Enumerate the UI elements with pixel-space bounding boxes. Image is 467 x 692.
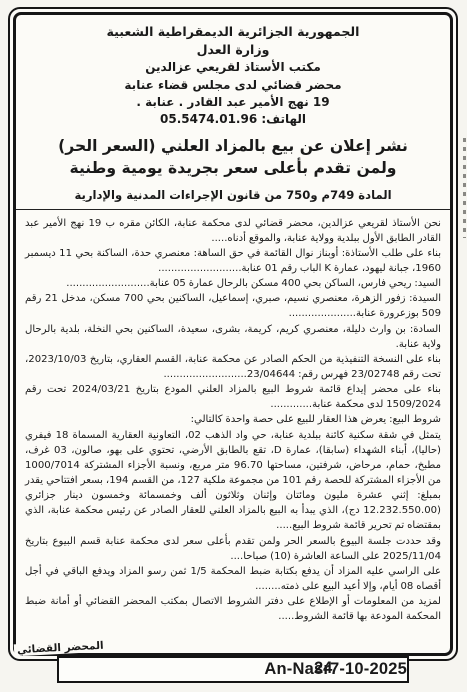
header-ministry: وزارة العدل bbox=[25, 41, 441, 59]
notice-title-line2: ولمن تقدم بأعلى سعر بجريدة يومية وطنية bbox=[25, 157, 441, 179]
body-paragraph-request: بناء على طلب الأستاذة: أوبناز نوال القائ… bbox=[25, 246, 441, 276]
body-paragraph-auction-date: وقد حددت جلسة البيوع بالسعر الحر ولمن تق… bbox=[25, 534, 441, 564]
header-office: مكتب الأستاذ لقريعي عزالدين bbox=[25, 59, 441, 76]
header-republic: الجمهورية الجزائرية الديمقراطية الشعبية bbox=[25, 23, 441, 41]
header-body-divider bbox=[16, 209, 450, 210]
body-paragraph-judgment: بناء على النسخة التنفيذية من الحكم الصاد… bbox=[25, 352, 441, 382]
body-paragraph-party-1: السيد: ريحي فارس، الساكن بحي 400 مسكن با… bbox=[25, 276, 441, 291]
header-phone: الهاتف: 05.5474.01.96 bbox=[25, 111, 441, 128]
notice-inner-border: الجمهورية الجزائرية الديمقراطية الشعبية … bbox=[13, 12, 453, 656]
body-paragraph-property-description: يتمثل في شقة سكنية كائنة ببلدية عنابة، ح… bbox=[25, 428, 441, 534]
body-paragraph-more-info: لمزيد من المعلومات أو الإطلاع على دفتر ا… bbox=[25, 594, 441, 624]
header-bailiff-role: محضر قضائي لدى مجلس قضاء عنابة bbox=[25, 77, 441, 94]
body-paragraph-party-2: السيدة: زفور الزهرة، معنصري نسيم، صبري، … bbox=[25, 291, 441, 321]
binding-marks-decoration bbox=[463, 138, 466, 238]
notice-title-block: نشر إعلان عن بيع بالمزاد العلني (السعر ا… bbox=[25, 135, 441, 201]
notice-header: الجمهورية الجزائرية الديمقراطية الشعبية … bbox=[25, 23, 441, 128]
notice-outer-border: الجمهورية الجزائرية الديمقراطية الشعبية … bbox=[8, 7, 458, 661]
newspaper-legal-notice-scan: الجمهورية الجزائرية الديمقراطية الشعبية … bbox=[0, 0, 467, 692]
publication-footer: An-Nasr7-10-2025 24 bbox=[57, 656, 409, 683]
body-paragraph-deposit: بناء على محضر إيداع قائمة شروط البيع بال… bbox=[25, 382, 441, 412]
notice-title-line1: نشر إعلان عن بيع بالمزاد العلني (السعر ا… bbox=[25, 135, 441, 157]
body-paragraph-intro: نحن الأستاذ لقريعي عزالدين، محضر قضائي ل… bbox=[25, 216, 441, 246]
body-paragraph-conditions-heading: شروط البيع: يعرض هذا العقار للبيع على حص… bbox=[25, 412, 441, 427]
publication-name-date: An-Nasr7-10-2025 bbox=[264, 660, 407, 679]
body-paragraph-party-3: السادة: بن وارث دليلة، معنصري كريم، كريم… bbox=[25, 322, 441, 352]
notice-body: نحن الأستاذ لقريعي عزالدين، محضر قضائي ل… bbox=[25, 216, 441, 625]
page-number: 24 bbox=[314, 659, 332, 678]
legal-basis-line: المادة 749م و750 من قانون الإجراءات المد… bbox=[25, 188, 441, 202]
body-paragraph-payment-terms: على الراسي عليه المزاد أن يدفع بكتابة ضب… bbox=[25, 564, 441, 594]
header-address: 19 نهج الأمير عبد القادر . عنابة . bbox=[25, 94, 441, 111]
